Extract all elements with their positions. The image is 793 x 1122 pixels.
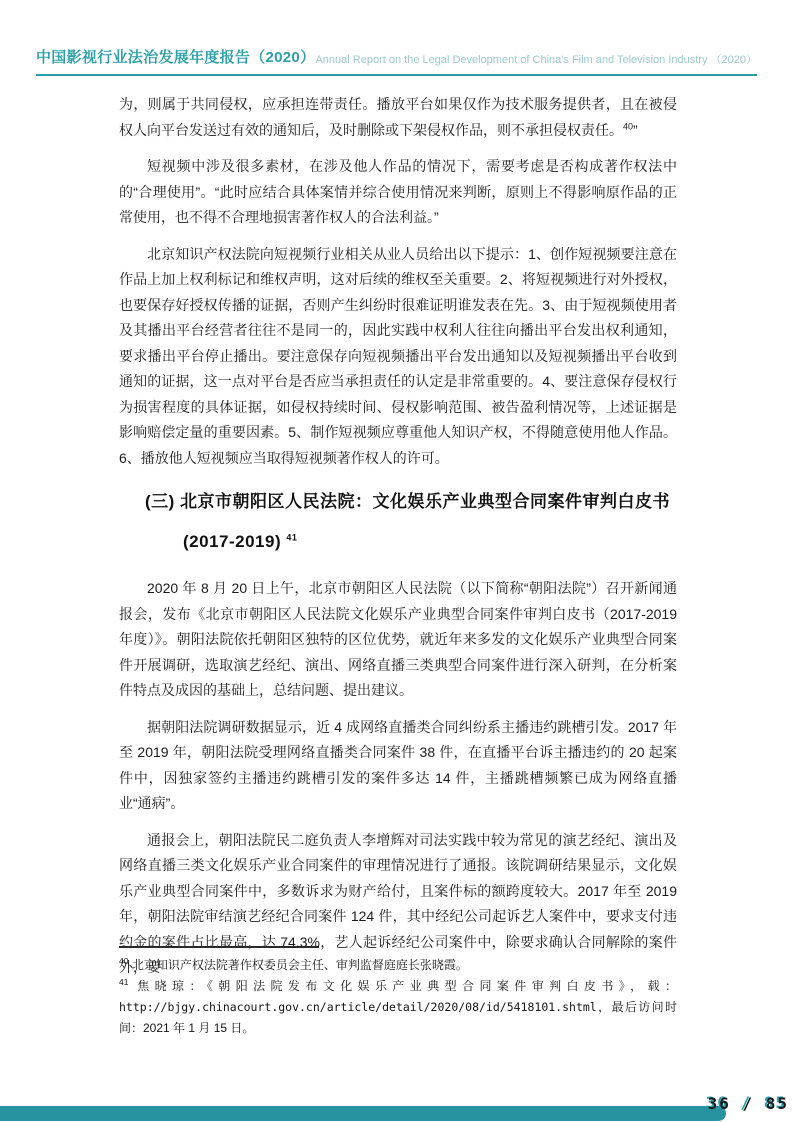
paragraph-text: 为，则属于共同侵权，应承担连带责任。播放平台如果仅作为技术服务提供者，且在被侵权… xyxy=(119,96,677,138)
footnote-separator xyxy=(119,946,319,948)
section-heading-years: (2017-2019) xyxy=(183,532,281,551)
page-header: 中国影视行业法治发展年度报告（2020） Annual Report on th… xyxy=(36,46,757,76)
paragraphs-after-heading: 2020 年 8 月 20 日上午，北京市朝阳区人民法院（以下简称“朝阳法院”）… xyxy=(119,576,677,981)
paragraph: 北京知识产权法院向短视频行业相关从业人员给出以下提示：1、创作短视频要注意在作品… xyxy=(119,242,677,472)
paragraph-text: 短视频中涉及很多素材，在涉及他人作品的情况下，需要考虑是否构成著作权法中的“合理… xyxy=(119,158,677,225)
footnote-item: 41 焦晓琼：《朝阳法院发布文化娱乐产业典型合同案件审判白皮书》，载：http:… xyxy=(119,976,677,1039)
paragraph-text: 北京知识产权法院向短视频行业相关从业人员给出以下提示：1、创作短视频要注意在作品… xyxy=(119,246,677,466)
paragraphs-before-heading: 为，则属于共同侵权，应承担连带责任。播放平台如果仅作为技术服务提供者，且在被侵权… xyxy=(119,92,677,471)
footnote-ref-40: 40 xyxy=(623,121,633,131)
footer-accent-bar xyxy=(0,1106,726,1121)
footnote-list: 40 北京知识产权法院著作权委员会主任、审判监督庭庭长张晓霞。41 焦晓琼：《朝… xyxy=(119,955,677,1039)
footnote-text: 焦晓琼：《朝阳法院发布文化娱乐产业典型合同案件审判白皮书》，载： xyxy=(137,979,677,993)
paragraph: 2020 年 8 月 20 日上午，北京市朝阳区人民法院（以下简称“朝阳法院”）… xyxy=(119,576,677,704)
section-heading-line1: (三) 北京市朝阳区人民法院：文化娱乐产业典型合同案件审判白皮书 xyxy=(119,482,677,522)
report-title-en: Annual Report on the Legal Development o… xyxy=(315,51,757,67)
document-page: 中国影视行业法治发展年度报告（2020） Annual Report on th… xyxy=(0,0,793,1122)
section-heading: (三) 北京市朝阳区人民法院：文化娱乐产业典型合同案件审判白皮书 (2017-2… xyxy=(119,482,677,562)
footnote-number: 41 xyxy=(119,977,128,987)
paragraph: 为，则属于共同侵权，应承担连带责任。播放平台如果仅作为技术服务提供者，且在被侵权… xyxy=(119,92,677,143)
footnotes-section: 40 北京知识产权法院著作权委员会主任、审判监督庭庭长张晓霞。41 焦晓琼：《朝… xyxy=(119,946,677,1039)
paragraph-text: 2020 年 8 月 20 日上午，北京市朝阳区人民法院（以下简称“朝阳法院”）… xyxy=(119,580,677,698)
report-title-zh: 中国影视行业法治发展年度报告（2020） xyxy=(36,46,315,67)
paragraph-text: ” xyxy=(633,122,638,138)
document-body: 为，则属于共同侵权，应承担连带责任。播放平台如果仅作为技术服务提供者，且在被侵权… xyxy=(119,92,677,992)
footnote-ref-41: 41 xyxy=(286,532,297,542)
paragraph-text: 据朝阳法院调研数据显示，近 4 成网络直播类合同纠纷系主播违约跳槽引发。2017… xyxy=(119,719,677,812)
paragraph: 据朝阳法院调研数据显示，近 4 成网络直播类合同纠纷系主播违约跳槽引发。2017… xyxy=(119,715,677,817)
footnote-text: 北京知识产权法院著作权委员会主任、审判监督庭庭长张晓霞。 xyxy=(132,958,468,972)
paragraph: 短视频中涉及很多素材，在涉及他人作品的情况下，需要考虑是否构成著作权法中的“合理… xyxy=(119,154,677,231)
footnote-url: http://bjgy.chinacourt.gov.cn/article/de… xyxy=(119,1000,597,1014)
page-number: 36 / 85 xyxy=(708,1094,789,1113)
footnote-number: 40 xyxy=(119,956,128,966)
section-heading-line2: (2017-2019) 41 xyxy=(119,522,677,562)
footnote-item: 40 北京知识产权法院著作权委员会主任、审判监督庭庭长张晓霞。 xyxy=(119,955,677,976)
